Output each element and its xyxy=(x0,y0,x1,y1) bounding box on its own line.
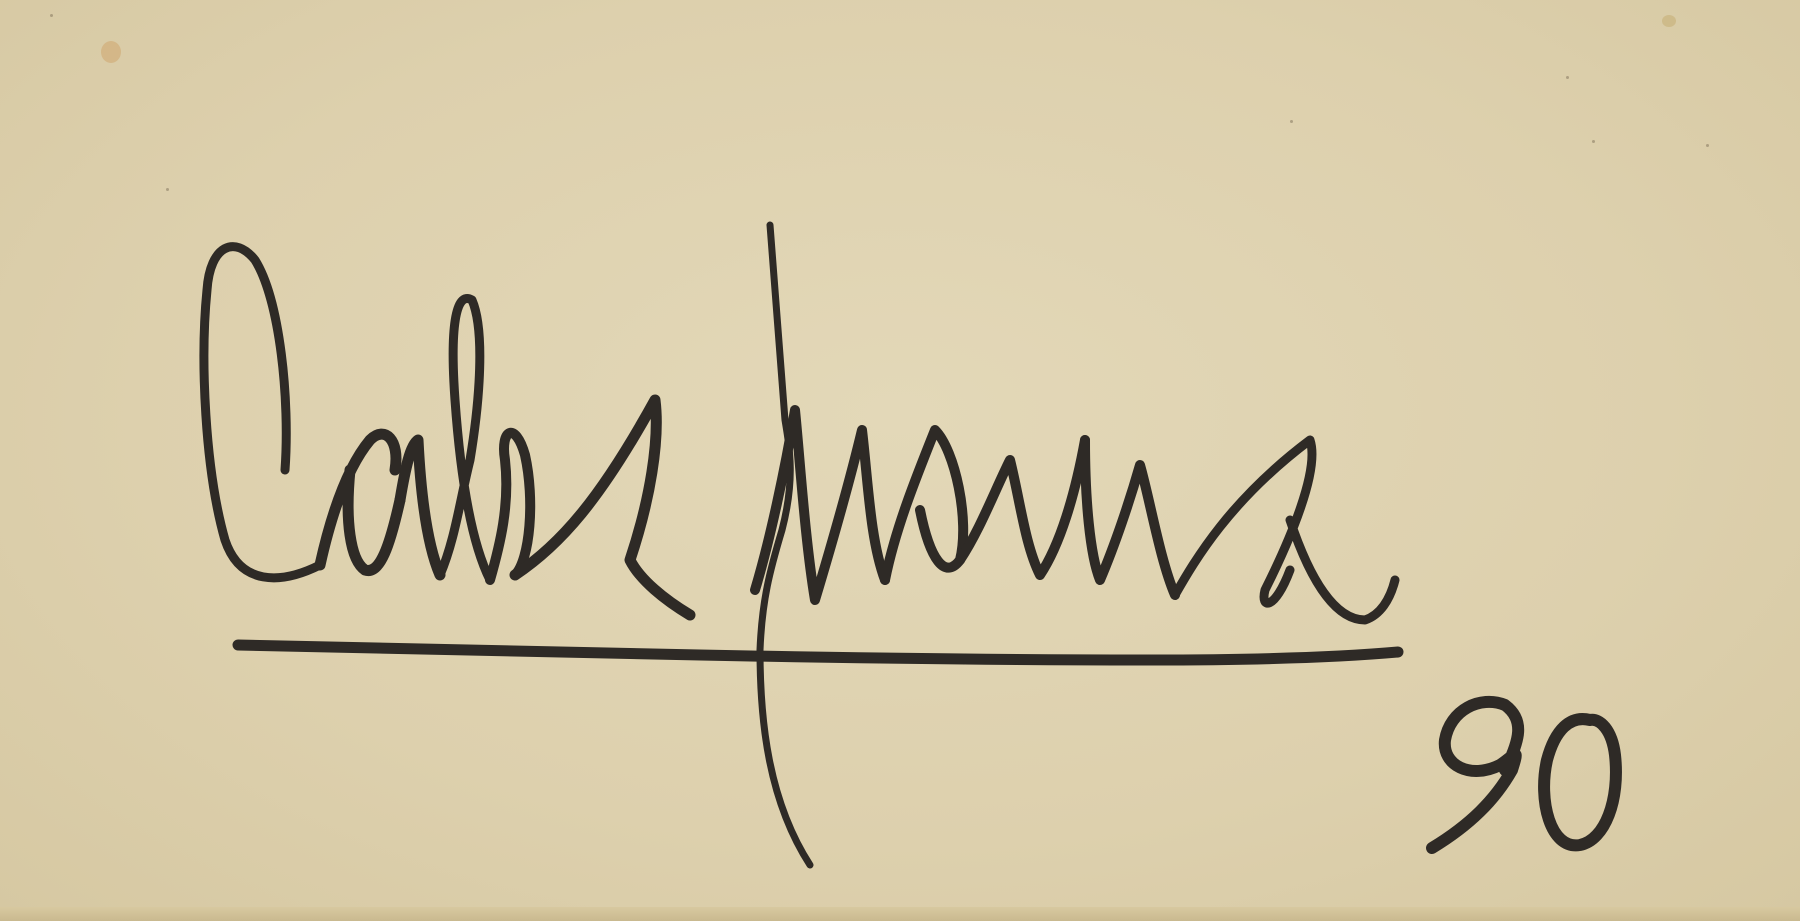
year-label: 90 xyxy=(1420,688,1636,858)
signature-text: Carlos Moura xyxy=(205,245,1400,665)
